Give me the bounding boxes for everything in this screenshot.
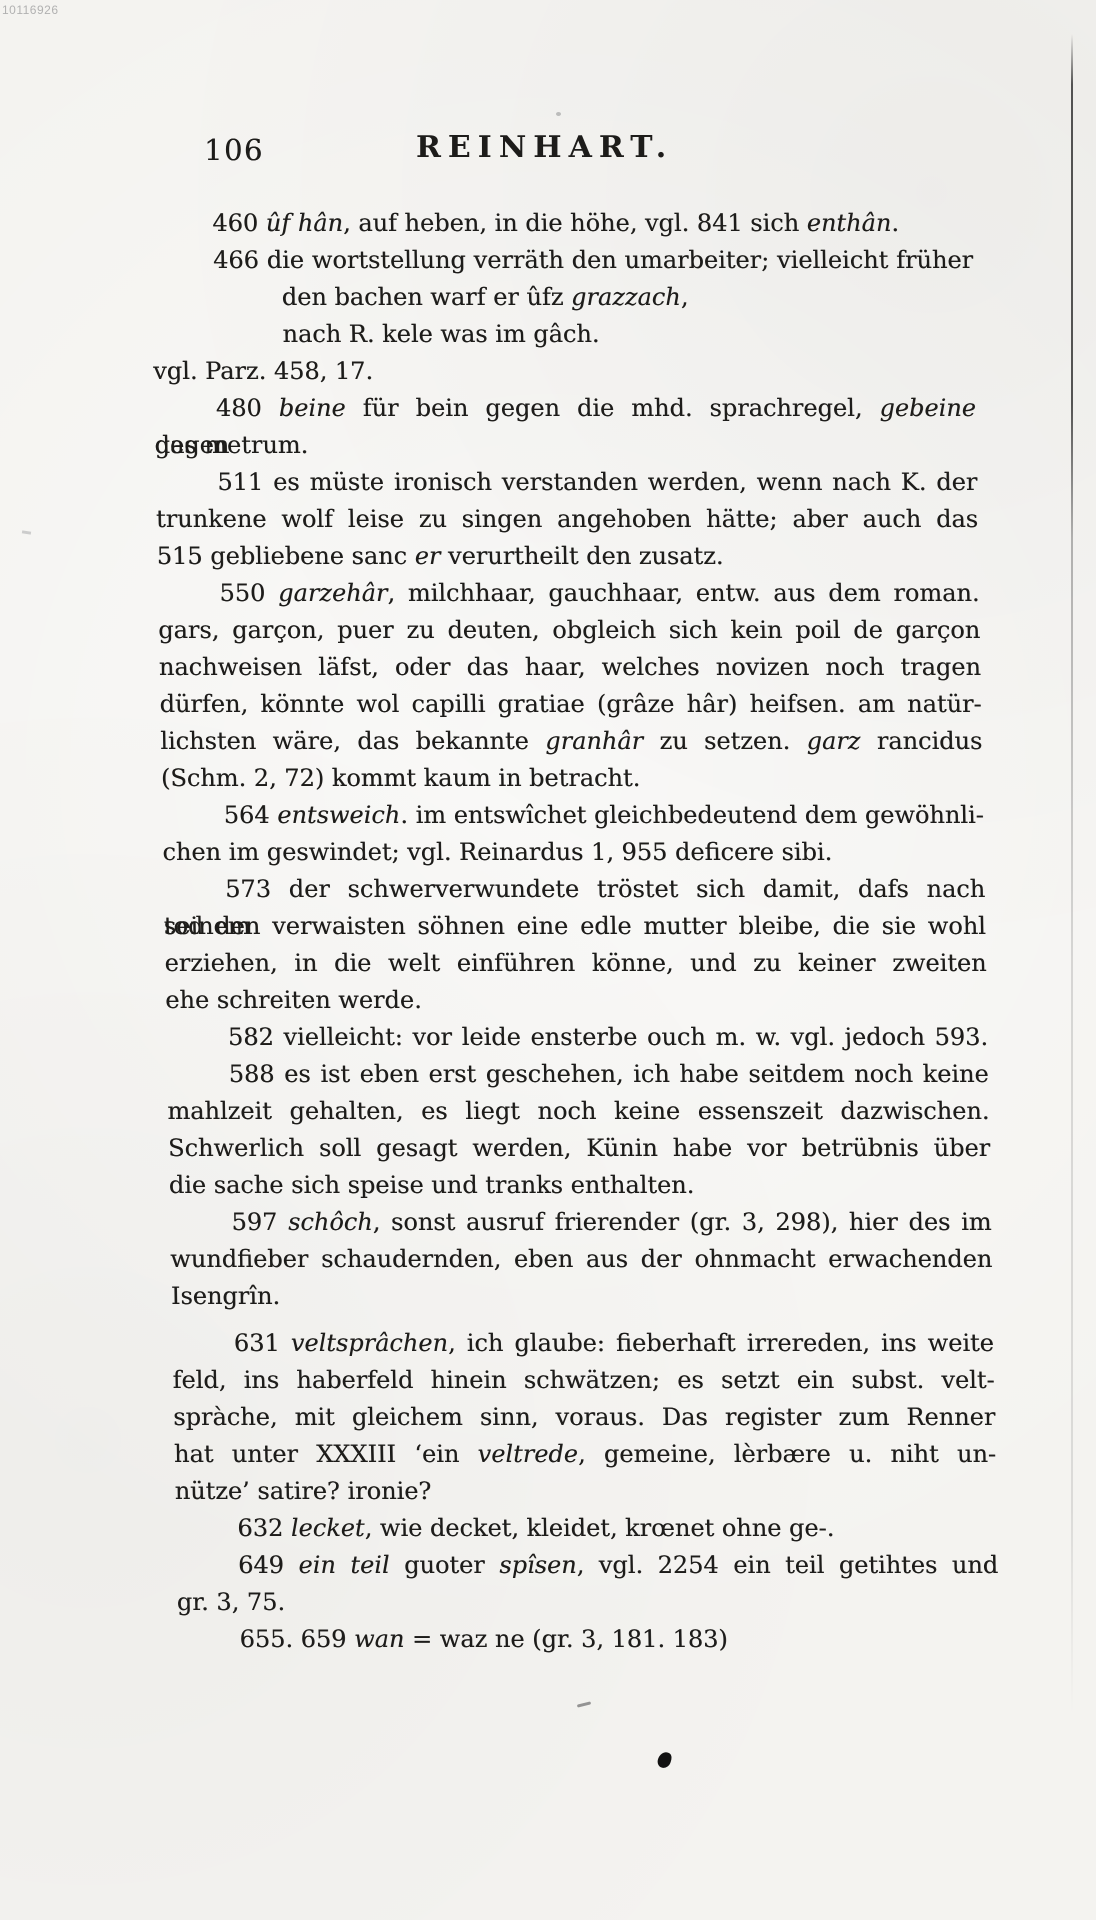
- text-line: 649 ein teil guoter spîsen, vgl. 2254 ei…: [176, 1547, 999, 1584]
- text-line: 515 gebliebene sanc er verurtheilt den z…: [156, 538, 979, 575]
- text-line: nach R. kele was im gâch.: [152, 316, 975, 353]
- text-line: 573 der schwerverwundete tröstet sich da…: [163, 871, 986, 908]
- text-line: Isengrîn.: [171, 1278, 994, 1315]
- page-number: 106: [204, 133, 264, 167]
- text-line: 597 schôch, sonst ausruf frierender (gr.…: [169, 1204, 992, 1241]
- text-line: 582 vielleicht: vor leide ensterbe ouch …: [166, 1019, 989, 1056]
- text-body: 460 ûf hân, auf heben, in die höhe, vgl.…: [150, 205, 1000, 1658]
- text-line: lichsten wäre, das bekannte granhâr zu s…: [160, 723, 983, 760]
- text-line: mahlzeit gehalten, es liegt noch keine e…: [167, 1093, 990, 1130]
- text-line: dürfen, könnte wol capilli gratiae (grâz…: [159, 686, 982, 723]
- text-line: feld, ins haberfeld hinein schwätzen; es…: [172, 1362, 995, 1399]
- text-line: 564 entsweich. im entswîchet gleichbedeu…: [161, 797, 984, 834]
- ink-tick-artifact: [577, 1701, 591, 1707]
- text-line: erziehen, in die welt einführen könne, u…: [164, 945, 987, 982]
- text-line: trunkene wolf leise zu singen angehoben …: [156, 501, 979, 538]
- text-line: vgl. Parz. 458, 17.: [153, 353, 976, 390]
- text-line: das metrum.: [154, 427, 977, 464]
- scan-edge-line-artifact: [1071, 34, 1073, 1714]
- text-line: nütze’ satire? ironie?: [174, 1473, 997, 1510]
- speck-artifact: [556, 112, 561, 116]
- text-line: 480 beine für bein gegen die mhd. sprach…: [154, 390, 977, 427]
- text-line: 550 garzehâr, milchhaar, gauchhaar, entw…: [157, 575, 980, 612]
- text-line: gr. 3, 75.: [176, 1584, 999, 1621]
- scan-watermark: 10116926: [2, 3, 59, 17]
- text-line: die sache sich speise und tranks enthalt…: [168, 1167, 991, 1204]
- ink-spot-artifact: [656, 1751, 672, 1770]
- text-line: (Schm. 2, 72) kommt kaum in betracht.: [161, 760, 984, 797]
- text-line: 632 lecket, wie decket, kleidet, krœnet …: [175, 1510, 998, 1547]
- text-line: 588 es ist eben erst geschehen, ich habe…: [166, 1056, 989, 1093]
- text-line: ehe schreiten werde.: [165, 982, 988, 1019]
- text-line: 631 veltsprâchen, ich glaube: fieberhaft…: [172, 1325, 995, 1362]
- text-line: Schwerlich soll gesagt werden, Künin hab…: [168, 1130, 991, 1167]
- text-line: hat unter XXXIII ‘ein veltrede, gemeine,…: [174, 1436, 997, 1473]
- margin-smudge-artifact: [22, 530, 31, 534]
- text-line: wundfieber schaudernden, eben aus der oh…: [170, 1241, 993, 1278]
- text-line: 466 die wortstellung verräth den umarbei…: [151, 242, 974, 279]
- text-line: den bachen warf er ûfz grazzach,: [151, 279, 974, 316]
- text-line: chen im geswindet; vgl. Reinardus 1, 955…: [162, 834, 985, 871]
- text-line: 655. 659 wan = waz ne (gr. 3, 181. 183): [177, 1621, 1000, 1658]
- text-line: 460 ûf hân, auf heben, in die höhe, vgl.…: [150, 205, 973, 242]
- text-line: gars, garçon, puer zu deuten, obgleich s…: [158, 612, 981, 649]
- page-header: REINHART.: [416, 130, 673, 165]
- text-line: tod den verwaisten söhnen eine edle mutt…: [163, 908, 986, 945]
- text-line: spràche, mit gleichem sinn, voraus. Das …: [173, 1399, 996, 1436]
- text-line: nachweisen läfst, oder das haar, welches…: [159, 649, 982, 686]
- text-line: 511 es müste ironisch verstanden werden,…: [155, 464, 978, 501]
